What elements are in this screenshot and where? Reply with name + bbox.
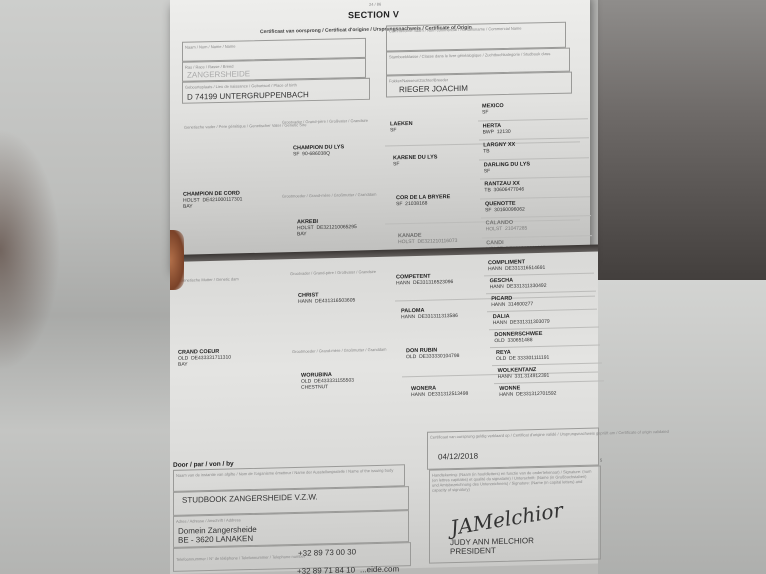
page-marker: 24 / 86 xyxy=(369,2,381,7)
sire-sire-studbook: SF xyxy=(293,151,299,157)
ancestor-entry: PICARDHANN 314600277 xyxy=(491,295,533,308)
dam-entry: CRAND COEUR OLD DE433331711310 BAY xyxy=(178,349,231,368)
ancestor-entry: CALANDOHOLST 21047285 xyxy=(486,220,528,233)
breed-value: ZANGERSHEIDE xyxy=(187,69,250,79)
dd-dam-studbook: HANN xyxy=(411,392,425,398)
ancestor-entry: DONNERSCHWEEOLD 330651488 xyxy=(494,331,542,344)
breeder-field: Fokker/Naisseur/Züchter/Breeder RIEGER J… xyxy=(386,72,572,98)
divider xyxy=(480,196,590,199)
divider xyxy=(478,118,588,121)
commercial-name-label: Commerciele naam / Nom commercial / Hand… xyxy=(389,26,521,34)
divider xyxy=(385,219,580,224)
dam-sire-studbook: HANN xyxy=(298,299,312,305)
address-line2: BE - 3620 LANAKEN xyxy=(178,534,253,545)
divider xyxy=(494,380,604,384)
signature-field: Handtekening: (Naam (in hoofdletters) en… xyxy=(429,465,601,563)
issuing-body-value: STUDBOOK ZANGERSHEIDE V.Z.W. xyxy=(182,492,318,504)
ancestor-entry: HERTABWP 12130 xyxy=(483,122,511,135)
ancestor-reg: SF xyxy=(482,109,504,115)
ds-sire-reg: DE331316523096 xyxy=(413,279,453,286)
dam-dam-entry: WORUBINA OLD DE433331155503 CHESTNUT xyxy=(301,372,354,391)
handwritten-signature: JAMelchior xyxy=(449,498,565,540)
ds-sire-studbook: HANN xyxy=(396,280,410,286)
ancestor-reg: HANN DE331316514691 xyxy=(488,265,545,272)
ancestor-entry: WOLKENTANZHANN 331.314912391 xyxy=(498,367,550,380)
ancestor-reg: OLD 330651488 xyxy=(494,337,542,344)
signatory-title: PRESIDENT xyxy=(450,546,496,556)
breeder-label: Fokker/Naisseur/Züchter/Breeder xyxy=(389,77,448,83)
sd-sire-reg: 21038168 xyxy=(405,201,427,207)
dd-dam-reg: DE331312513498 xyxy=(428,391,468,398)
divider xyxy=(487,309,597,313)
name-label: Naam / Nom / Name / Name xyxy=(185,44,235,50)
ancestor-entry: LARGNY XXTB xyxy=(483,142,515,155)
birthplace-label: Geboorteplaats / Lieu de naissance / Geb… xyxy=(185,82,297,89)
divider xyxy=(481,215,591,218)
divider xyxy=(492,362,602,366)
validity-date: 04/12/2018 xyxy=(438,451,478,461)
web-fragment: ...eide.com xyxy=(360,564,399,574)
ancestor-entry: COMPLIMENTHANN DE331316514691 xyxy=(488,259,545,272)
issuing-body-label: Naam van de instantie van afgifte / Nom … xyxy=(176,468,393,478)
ancestor-reg: TB xyxy=(483,148,515,155)
ancestor-reg: SF xyxy=(484,167,530,174)
sire-dam-reg: DE321210065295 xyxy=(316,224,356,231)
phone-label: Telefoonnummer / N° de téléphone / Telef… xyxy=(176,554,305,562)
sire-color: BAY xyxy=(183,202,242,209)
breeder-value: RIEGER JOACHIM xyxy=(399,84,468,94)
ancestor-reg: HANN DE331312701592 xyxy=(499,391,556,398)
blurred-background-right-lower xyxy=(598,280,766,574)
dam-color: BAY xyxy=(178,361,231,368)
ancestor-reg: TB 30606477046 xyxy=(484,187,524,194)
certificate-page-upper: 24 / 86 SECTION V Certificaat van oorspr… xyxy=(170,0,590,268)
dd-dam-entry: WONERA HANN DE331312513498 xyxy=(411,385,468,398)
fax-value: +32 89 71 84 10 xyxy=(297,565,355,574)
birthplace-field: Geboorteplaats / Lieu de naissance / Geb… xyxy=(182,78,370,104)
ss-sire-studbook: SF xyxy=(390,127,413,133)
dam-dam-color: CHESTNUT xyxy=(301,384,354,391)
ds-sire-entry: COMPETENT HANN DE331316523096 xyxy=(396,273,453,286)
blurred-background-left xyxy=(0,0,170,574)
page-number: 5 xyxy=(600,457,602,462)
ancestor-entry: GESCHAHANN DE331311330492 xyxy=(490,277,547,290)
dam-sire-reg: DE431316503605 xyxy=(315,297,355,304)
certificate-page-lower: Genetische Mutter / Genetic dam Grootvad… xyxy=(170,252,598,574)
address-label: Adres / Adresse / Anschrift / Address xyxy=(176,517,241,524)
sire-dam-entry: AKREBI HOLST DE321210065295 BAY xyxy=(297,218,357,237)
birthplace-value: D 74199 UNTERGRUPPENBACH xyxy=(187,90,309,102)
ancestor-reg: HOLST 21047285 xyxy=(486,226,528,233)
studbook-class-label: Stamboekklasse / Classe dans le livre gé… xyxy=(389,51,550,59)
ss-dam-studbook: SF xyxy=(393,160,437,167)
finger-holding-page xyxy=(170,230,184,290)
ancestor-entry: REYAOLD DE 333301111191 xyxy=(496,349,549,362)
divider xyxy=(489,327,599,331)
dd-sire-entry: DON RUBIN OLD DE333330104798 xyxy=(406,347,459,360)
sd-sire-studbook: SF xyxy=(396,201,402,207)
ancestor-entry: DALIAHANN DE331311303079 xyxy=(493,313,550,326)
ancestor-reg: OLD DE 333301111191 xyxy=(496,355,549,362)
dd-sire-studbook: OLD xyxy=(406,354,416,360)
granddam-label-lower: Grootmoeder / Grand-mère / Großmutter / … xyxy=(292,347,386,354)
grandsire-label: Grootvader / Grand-père / Großvater / Gr… xyxy=(282,118,368,125)
divider xyxy=(490,344,600,348)
ancestor-entry: MEXICOSF xyxy=(482,103,504,115)
ss-dam-entry: KARENE DU LYS SF xyxy=(393,154,437,167)
signature-label: Handtekening: (Naam (in hoofdletters) en… xyxy=(432,469,592,493)
ancestor-reg: HANN DE331311303079 xyxy=(493,319,550,326)
dam-label: Genetische Mutter / Genetic dam xyxy=(180,276,239,282)
sire-entry: CHAMPION DE CORD HOLST DE421000117301 BA… xyxy=(183,190,242,209)
sire-dam-color: BAY xyxy=(297,230,357,237)
divider xyxy=(482,235,592,238)
dam-reg: DE433331711310 xyxy=(191,355,231,362)
ds-dam-reg: DE331311313586 xyxy=(418,313,458,320)
sd-dam-reg: DE321210116073 xyxy=(417,238,457,245)
ds-dam-studbook: HANN xyxy=(401,314,415,320)
validity-field: Certificaat van oorsprong geldig verklaa… xyxy=(427,428,599,470)
ancestor-entry: QUENOTTESF 30160096062 xyxy=(485,200,525,213)
section-title: SECTION V xyxy=(348,9,399,20)
ds-dam-entry: PALOMA HANN DE331311313586 xyxy=(401,307,458,320)
divider xyxy=(480,176,590,179)
ss-dam-name: KARENE DU LYS xyxy=(393,154,437,161)
ancestor-reg: HANN DE331311330492 xyxy=(490,283,547,290)
breed-label: Ras / Race / Rasse / Breed xyxy=(185,64,233,70)
divider xyxy=(479,157,589,160)
divider xyxy=(479,137,589,140)
issued-by-label: Door / par / von / by xyxy=(173,460,234,468)
dd-sire-reg: DE333330104798 xyxy=(419,353,459,360)
dam-sire-entry: CHRIST HANN DE431316503605 xyxy=(298,291,355,304)
sd-sire-entry: COR DE LA BRYERE SF 21038168 xyxy=(396,194,450,207)
ancestor-entry: RANTZAU XXTB 30606477046 xyxy=(484,181,524,194)
ancestor-reg: SF 30160096062 xyxy=(485,206,525,213)
sire-sire-entry: CHAMPION DU LYS SF 90-686038Q xyxy=(293,144,344,157)
ancestor-reg: HANN 331.314912391 xyxy=(498,373,550,380)
granddam-label: Grootmoeder / Grand-mère / Großmutter / … xyxy=(282,192,376,199)
ancestor-entry: DARLING DU LYSSF xyxy=(484,161,530,174)
divider xyxy=(486,291,596,295)
phone-value: +32 89 73 00 30 xyxy=(298,547,356,557)
ancestor-name: DARLING DU LYS xyxy=(484,161,530,168)
sd-dam-entry: KANADE HOLST DE321210116073 xyxy=(398,232,457,245)
sire-sire-reg: 90-686038Q xyxy=(302,151,330,158)
sire-reg: DE421000117301 xyxy=(202,196,242,203)
ancestor-reg: BWP 12130 xyxy=(483,128,511,135)
commercial-name-field: Commerciele naam / Nom commercial / Hand… xyxy=(386,22,566,52)
ancestor-reg: HANN 314600277 xyxy=(491,301,533,308)
ss-sire-entry: LAEKEN SF xyxy=(390,121,413,133)
grandsire-label-lower: Grootvader / Grand-père / Großvater / Gr… xyxy=(290,269,376,276)
ancestor-entry: WONNEHANN DE331312701592 xyxy=(499,385,556,398)
divider xyxy=(484,273,594,277)
sd-dam-studbook: HOLST xyxy=(398,239,415,245)
